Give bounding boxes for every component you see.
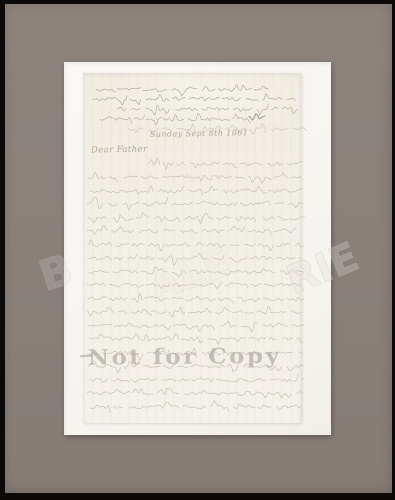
letter-paper xyxy=(83,73,301,423)
not-for-copy-watermark: Not for Copy xyxy=(88,343,303,371)
letter-date-line: Sunday Sept 8th 1861 xyxy=(150,128,248,139)
letter-photo: Sunday Sept 8th 1861 Dear Father BALERIE… xyxy=(0,0,395,500)
letter-salutation: Dear Father xyxy=(91,145,148,156)
